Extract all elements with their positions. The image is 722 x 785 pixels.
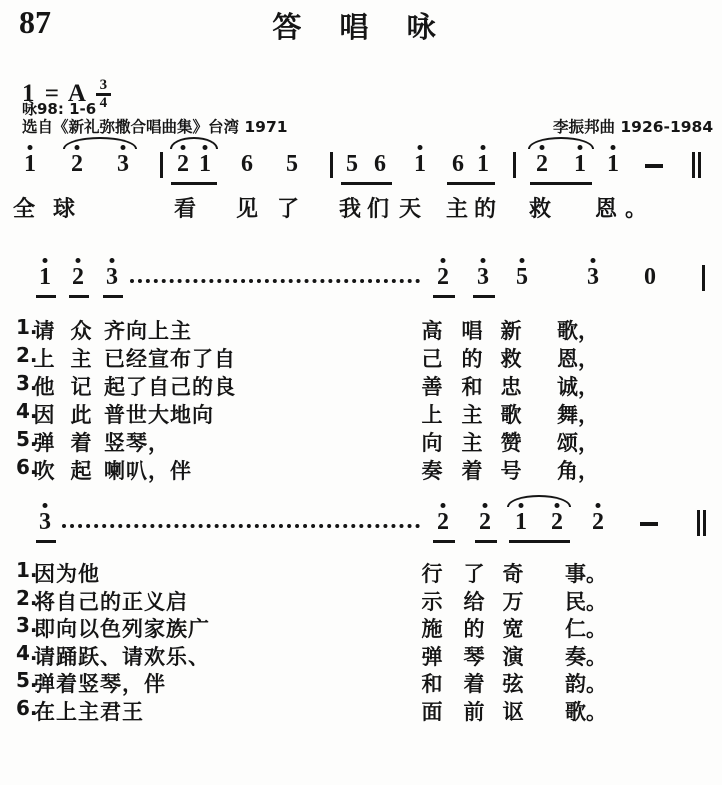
eighth-underline [36, 295, 56, 298]
jianpu-note: 6 [241, 151, 253, 177]
verse-text: 即向以色列家族广 [34, 613, 210, 643]
eighth-underline [36, 540, 56, 543]
verse-text: 普世大地向 [104, 399, 214, 429]
verse-aligned-char: 主 [462, 427, 483, 457]
eighth-underline [433, 540, 455, 543]
verse-char: 弹 [34, 427, 55, 457]
section-2-verse-row: 5.弹着竖琴，伴和着弦韵。 [0, 668, 722, 694]
verse-aligned-char: 高 [422, 315, 443, 345]
eighth-underline [447, 182, 495, 185]
section-1-verse-row: 1.请众齐向上主高唱新歌， [0, 315, 722, 341]
verse-aligned-char: 颂， [557, 427, 599, 457]
hymn-sheet-page: { "page": { "number": "87", "title": "答 … [0, 0, 722, 785]
dash-note [640, 522, 658, 526]
lyric-char: 们 [367, 192, 389, 223]
verse-char: 上 [34, 343, 55, 373]
verse-aligned-char: 己 [422, 343, 443, 373]
jianpu-note: 1 [515, 509, 527, 535]
octave-dot [43, 258, 48, 263]
verse-aligned-char: 善 [422, 371, 443, 401]
verse-aligned-char: 弦 [503, 668, 524, 698]
jianpu-note: 1 [199, 151, 211, 177]
verse-aligned-char: 和 [462, 371, 483, 401]
verse-aligned-char: 奏。 [565, 641, 607, 671]
lyric-char: 恩 [595, 192, 617, 223]
octave-dot [481, 258, 486, 263]
verse-aligned-char: 讴 [503, 696, 524, 726]
slur-arc [528, 137, 594, 149]
verse-aligned-char: 了 [464, 558, 485, 588]
recitation-dots [130, 279, 420, 283]
eighth-underline [433, 295, 455, 298]
verse-aligned-char: 行 [422, 558, 443, 588]
hymn-title: 答 唱 咏 [0, 5, 722, 46]
eighth-underline [171, 182, 217, 185]
refrain-lyrics-line: 全球看见了我们天主的救恩。 [0, 192, 722, 220]
verse-aligned-char: 前 [464, 696, 485, 726]
time-signature: 3 4 [96, 79, 111, 110]
verse-aligned-char: 奏 [422, 455, 443, 485]
verse-aligned-char: 号 [501, 455, 522, 485]
verse-text: 请踊跃、请欢乐、 [34, 641, 210, 671]
verse-aligned-char: 主 [462, 399, 483, 429]
octave-dot [591, 258, 596, 263]
eighth-underline [69, 295, 89, 298]
verse-char: 起 [71, 455, 92, 485]
jianpu-note: 5 [346, 151, 358, 177]
lyric-char: 了 [277, 192, 299, 223]
verse-aligned-char: 诚， [557, 371, 599, 401]
lyric-char: 全 [13, 192, 35, 223]
verse-aligned-char: 恩， [557, 343, 599, 373]
verse-text: 将自己的正义启 [34, 586, 188, 616]
eighth-underline [509, 540, 570, 543]
verse-aligned-char: 新 [501, 315, 522, 345]
dash-note [645, 164, 663, 168]
eighth-underline [341, 182, 392, 185]
barline [513, 152, 516, 178]
lyric-char: 见 [236, 192, 258, 223]
jianpu-note: 3 [106, 264, 118, 290]
jianpu-note: 2 [592, 509, 604, 535]
verse-aligned-char: 事。 [565, 558, 607, 588]
verse-char: 吹 [34, 455, 55, 485]
verse-aligned-char: 示 [422, 586, 443, 616]
verse-aligned-char: 面 [422, 696, 443, 726]
verse-aligned-char: 上 [422, 399, 443, 429]
final-barline [692, 152, 695, 178]
jianpu-note: 1 [24, 151, 36, 177]
jianpu-note: 5 [516, 264, 528, 290]
lyric-char: 救 [529, 192, 551, 223]
section-1-verse-row: 2.上主已经宣布了自己的救恩， [0, 343, 722, 369]
verse-aligned-char: 着 [462, 455, 483, 485]
octave-dot [441, 258, 446, 263]
verse-text: 起了自己的良 [104, 371, 236, 401]
jianpu-note: 2 [71, 151, 83, 177]
verse-text: 已经宣布了自 [104, 343, 236, 373]
jianpu-note: 2 [177, 151, 189, 177]
jianpu-note: 3 [39, 509, 51, 535]
octave-dot [110, 258, 115, 263]
verse-aligned-char: 唱 [462, 315, 483, 345]
meter-numerator: 3 [100, 79, 108, 92]
barline [702, 265, 705, 291]
verse-aligned-char: 的 [464, 613, 485, 643]
jianpu-note: 6 [452, 151, 464, 177]
verse-aligned-char: 忠 [501, 371, 522, 401]
slur-arc [170, 137, 218, 149]
verse-text: 齐向上主 [104, 315, 192, 345]
verse-char: 记 [71, 371, 92, 401]
verse-aligned-char: 奇 [503, 558, 524, 588]
section-2-verse-row: 3.即向以色列家族广施的宽仁。 [0, 613, 722, 639]
final-barline [697, 510, 700, 536]
verse-char: 主 [71, 343, 92, 373]
barline [160, 152, 163, 178]
octave-dot [418, 145, 423, 150]
refrain-melody-line: 123216556161211 [0, 151, 722, 187]
verse-char: 此 [71, 399, 92, 429]
meter-denominator: 4 [100, 97, 108, 110]
eighth-underline [475, 540, 497, 543]
slur-arc [63, 137, 137, 149]
lyric-char: 。 [625, 192, 647, 223]
jianpu-note: 2 [437, 264, 449, 290]
verse-aligned-char: 仁。 [565, 613, 607, 643]
jianpu-note: 5 [286, 151, 298, 177]
verse-text: 喇叭，伴 [104, 455, 192, 485]
octave-dot [43, 503, 48, 508]
verse-aligned-char: 歌， [557, 315, 599, 345]
recitation-dots [62, 524, 420, 528]
verse-aligned-char: 着 [464, 668, 485, 698]
jianpu-note: 2 [479, 509, 491, 535]
verse-aligned-char: 歌。 [565, 696, 607, 726]
verse-text: 因为他 [34, 558, 100, 588]
section-1-melody-line: 12323530 [0, 264, 722, 300]
section-1-verse-row: 6.吹起喇叭，伴奏着号角， [0, 455, 722, 481]
jianpu-note: 0 [644, 264, 656, 290]
verse-char: 他 [34, 371, 55, 401]
octave-dot [596, 503, 601, 508]
lyric-char: 的 [474, 192, 496, 223]
jianpu-note: 3 [477, 264, 489, 290]
lyric-char: 我 [339, 192, 361, 223]
final-barline [703, 510, 706, 536]
verse-aligned-char: 琴 [464, 641, 485, 671]
verse-aligned-char: 歌 [501, 399, 522, 429]
lyric-char: 看 [174, 192, 196, 223]
verse-aligned-char: 赞 [501, 427, 522, 457]
slur-arc [507, 495, 571, 507]
lyric-char: 天 [399, 192, 421, 223]
eighth-underline [103, 295, 123, 298]
verse-char: 着 [71, 427, 92, 457]
section-2-verse-row: 4.请踊跃、请欢乐、弹琴演奏。 [0, 641, 722, 667]
jianpu-note: 3 [587, 264, 599, 290]
verse-aligned-char: 施 [422, 613, 443, 643]
verse-aligned-char: 舞， [557, 399, 599, 429]
verse-text: 在上主君王 [34, 696, 144, 726]
verse-aligned-char: 弹 [422, 641, 443, 671]
section-2-melody-line: 322122 [0, 509, 722, 545]
jianpu-note: 1 [574, 151, 586, 177]
octave-dot [76, 258, 81, 263]
lyric-char: 球 [53, 192, 75, 223]
jianpu-note: 2 [536, 151, 548, 177]
verse-char: 请 [34, 315, 55, 345]
section-1-verse-row: 4.因此普世大地向上主歌舞， [0, 399, 722, 425]
section-1-verse-row: 3.他记起了自己的良善和忠诚， [0, 371, 722, 397]
section-2-verse-row: 1.因为他行了奇事。 [0, 558, 722, 584]
octave-dot [28, 145, 33, 150]
verse-aligned-char: 的 [462, 343, 483, 373]
jianpu-note: 2 [551, 509, 563, 535]
verse-text: 弹着竖琴，伴 [34, 668, 166, 698]
eighth-underline [473, 295, 495, 298]
octave-dot [441, 503, 446, 508]
final-barline [698, 152, 701, 178]
verse-aligned-char: 宽 [503, 613, 524, 643]
verse-aligned-char: 救 [501, 343, 522, 373]
jianpu-note: 1 [414, 151, 426, 177]
jianpu-note: 3 [117, 151, 129, 177]
verse-aligned-char: 和 [422, 668, 443, 698]
verse-aligned-char: 民。 [565, 586, 607, 616]
section-2-verse-row: 2.将自己的正义启示给万民。 [0, 586, 722, 612]
jianpu-note: 1 [477, 151, 489, 177]
eighth-underline [530, 182, 592, 185]
jianpu-note: 6 [374, 151, 386, 177]
source-line: 选自《新礼弥撒合唱曲集》台湾 1971 [22, 115, 288, 137]
verse-aligned-char: 万 [503, 586, 524, 616]
jianpu-note: 1 [39, 264, 51, 290]
section-2-verse-row: 6.在上主君王面前讴歌。 [0, 696, 722, 722]
octave-dot [483, 503, 488, 508]
section-1-verse-row: 5.弹着竖琴，向主赞颂， [0, 427, 722, 453]
octave-dot [520, 258, 525, 263]
lyric-char: 主 [446, 192, 468, 223]
verse-text: 竖琴， [104, 427, 170, 457]
jianpu-note: 2 [72, 264, 84, 290]
barline [330, 152, 333, 178]
verse-aligned-char: 角， [557, 455, 599, 485]
octave-dot [611, 145, 616, 150]
verse-aligned-char: 给 [464, 586, 485, 616]
verse-char: 众 [71, 315, 92, 345]
verse-aligned-char: 演 [503, 641, 524, 671]
verse-char: 因 [34, 399, 55, 429]
jianpu-note: 2 [437, 509, 449, 535]
octave-dot [481, 145, 486, 150]
verse-aligned-char: 向 [422, 427, 443, 457]
composer-line: 李振邦曲 1926-1984 [553, 115, 713, 137]
verse-aligned-char: 韵。 [565, 668, 607, 698]
jianpu-note: 1 [607, 151, 619, 177]
